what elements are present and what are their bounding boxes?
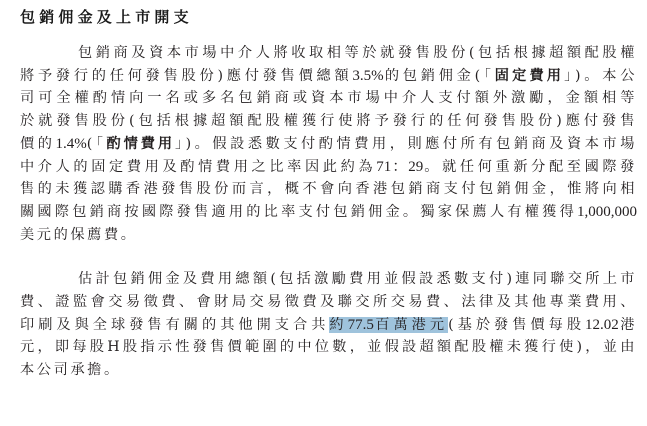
text-line: 包銷商及資本市場中介人將收取相等於就發售股份(包括根據超額配股權: [20, 42, 637, 65]
text-line: 價的1.4%(「酌情費用」)。假設悉數支付酌情費用，則應付所有包銷商及資本市場: [20, 133, 637, 156]
highlighted-text[interactable]: 約77.5百萬港元: [329, 317, 448, 333]
figure: 1.4%: [55, 136, 86, 152]
text-line: 中介人的固定費用及酌情費用之比率因此約為71：29。就任何重新分配至國際發: [20, 156, 637, 179]
section-title: 包銷佣金及上市開支: [20, 6, 637, 28]
figure: 71：29: [376, 159, 423, 175]
text-line: 將予發行的任何發售股份)應付發售價總額3.5%的包銷佣金(「固定費用」)。本公: [20, 65, 637, 88]
document-body: 包銷商及資本市場中介人將收取相等於就發售股份(包括根據超額配股權將予發行的任何發…: [20, 42, 637, 382]
text-line: 印刷及與全球發售有關的其他開支合共約77.5百萬港元(基於發售價每股12.02港: [20, 314, 637, 337]
figure: 1,000,000: [577, 204, 637, 220]
text-line: 關國際包銷商按國際發售適用的比率支付包銷佣金。獨家保薦人有權獲得1,000,00…: [20, 201, 637, 224]
text-line: 費、證監會交易徵費、會財局交易徵費及聯交所交易費、法律及其他專業費用、: [20, 291, 637, 314]
text-line: 估計包銷佣金及費用總額(包括激勵費用並假設悉數支付)連同聯交所上市: [20, 268, 637, 291]
figure: 12.02: [585, 317, 619, 333]
figure: 3.5%: [352, 68, 383, 84]
text-line: 美元的保薦費。: [20, 224, 637, 247]
figure: 77.5: [348, 317, 374, 333]
defined-term: 固定費用: [495, 68, 564, 84]
text-line: 司可全權酌情向一名或多名包銷商或資本市場中介人支付額外激勵，金額相等: [20, 87, 637, 110]
text-line: 元，即每股H股指示性發售價範圍的中位數，並假設超額配股權未獲行使)，並由: [20, 336, 637, 359]
paragraph-2: 估計包銷佣金及費用總額(包括激勵費用並假設悉數支付)連同聯交所上市費、證監會交易…: [20, 268, 637, 382]
document-page: 包銷佣金及上市開支 包銷商及資本市場中介人將收取相等於就發售股份(包括根據超額配…: [20, 6, 637, 382]
text-line: 售的未獲認購香港發售股份而言，概不會向香港包銷商支付包銷佣金，惟將向相: [20, 178, 637, 201]
paragraph-1: 包銷商及資本市場中介人將收取相等於就發售股份(包括根據超額配股權將予發行的任何發…: [20, 42, 637, 246]
text-line: 本公司承擔。: [20, 359, 637, 382]
text-line: 於就發售股份(包括根據超額配股權獲行使將予發行的任何發售股份)應付發售: [20, 110, 637, 133]
defined-term: 酌情費用: [106, 136, 175, 152]
